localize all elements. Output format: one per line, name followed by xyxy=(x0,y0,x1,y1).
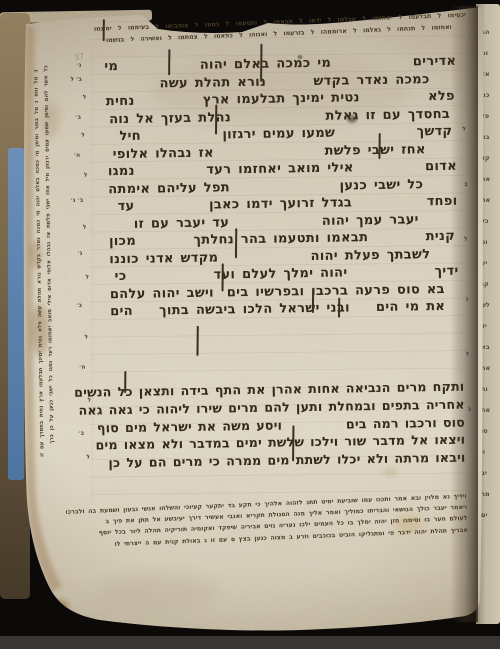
masorah-parva-note: ל xyxy=(462,127,465,133)
masorah-parva-note: ג׳ xyxy=(77,251,82,257)
verse-segment: מי כמכה באלם יהוה xyxy=(200,55,332,75)
masorah-parva-note: ג xyxy=(466,297,469,303)
manuscript-photo: הבומאדכמפלבחקדאחאהכלופיעקנלשידבאאתותאחסו… xyxy=(0,0,500,649)
masorah-parva-note: ל xyxy=(86,455,89,461)
verse-segment: ובני ישראל הלכו ביבשה בתוך xyxy=(159,299,350,319)
masorah-parva-note: ל xyxy=(81,133,84,139)
verse-segment: יעבר עמך יהוה xyxy=(322,211,419,230)
masorah-parva-note: ב׳ ג׳ xyxy=(70,198,83,204)
masorah-parva-note: ל xyxy=(86,275,89,281)
ink-stroke xyxy=(168,49,170,75)
masorah-parva-note: ל xyxy=(83,225,86,231)
verse-segment: מקדש אדני כוננו xyxy=(109,249,218,268)
ink-stroke xyxy=(196,326,198,356)
masorah-parva-note: ה׳ xyxy=(79,365,85,371)
verse-segment: עד יעבר עם זו xyxy=(134,214,230,233)
verse-segment: נורא תהלת עשה xyxy=(159,73,266,92)
verse-segment: כמכה נאדר בקדש xyxy=(313,71,429,90)
masorah-parva-note: ל xyxy=(83,95,86,101)
verse-segment: כי xyxy=(114,268,126,286)
verse-segment: פלא xyxy=(428,88,455,106)
masorah-parva-note: ב׳ xyxy=(78,431,84,437)
ink-stroke xyxy=(215,105,217,135)
verse-segment: יהוה ימלך לעלם ועד xyxy=(213,264,347,284)
verse-segment: את מי הים xyxy=(376,298,445,317)
verse-segment: חיל xyxy=(119,128,141,146)
verse-segment: ידיך xyxy=(434,263,458,281)
masorah-parva-note: ב xyxy=(468,407,472,413)
verse-segment: נמגו xyxy=(108,163,135,181)
masorah-parva-note: ב׳ xyxy=(76,303,82,309)
masorah-parva-note: ב xyxy=(464,182,468,188)
masorah-parva-note: ל xyxy=(466,352,469,358)
verse-segment: וישב יהוה עלהם xyxy=(110,284,214,303)
verse-segment: בחסדך עם זו גאלת xyxy=(325,105,450,124)
left-margin-masorah-line2: כל אשר להם וסימן שמעו עמים ירגזון חיל אח… xyxy=(43,65,55,473)
bottom-masorah-block: וידיך נא מלוין ובא אמר ותכנו עמו שוביעת … xyxy=(63,491,468,552)
verse-segment: עד xyxy=(117,198,134,216)
ink-stroke xyxy=(312,289,314,313)
page-text-layer: יכסימו ל תבלעמו ל יאחזמו ל אכלמו ל ידמו … xyxy=(0,0,500,649)
ink-stroke xyxy=(235,228,237,258)
verse-segment: קנית xyxy=(426,228,456,246)
ink-stroke xyxy=(124,371,126,393)
verse-segment: הים xyxy=(110,303,133,321)
verse-segment: מי xyxy=(104,58,118,76)
verse-segment: תפל עליהם אימתה xyxy=(108,179,230,198)
ink-stroke xyxy=(221,263,223,291)
verse-segment: קדשך xyxy=(416,123,452,141)
prose-text: ותקח מרים הנביאה אחות אהרן את התף בידה ו… xyxy=(96,378,465,473)
verse-segment: אז נבהלו אלופי xyxy=(113,144,214,163)
masorah-parva-note: ג׳ xyxy=(76,63,81,69)
masorah-parva-note: ל xyxy=(85,335,88,341)
masorah-parva-note: ב׳ xyxy=(75,115,81,121)
verse-segment: סוס ורכבו רמה בים xyxy=(346,413,465,433)
masorah-parva-note: ה׳ xyxy=(74,153,80,159)
masorah-parva-note: ל xyxy=(464,237,467,243)
verse-segment: אילי מואב יאחזמו רעד xyxy=(206,159,354,179)
masorah-parva-note: ב׳ ל xyxy=(70,77,81,83)
verse-segment: לשבתך פעלת יהוה xyxy=(310,246,430,265)
verse-segment: כל ישבי כנען xyxy=(339,176,423,195)
verse-segment: נחית xyxy=(106,93,135,111)
verse-segment: ופחד xyxy=(427,193,458,211)
verse-segment: אחז ישבי פלשת xyxy=(324,141,425,160)
verse-segment: נהלת בעזך אל נוה xyxy=(109,109,231,128)
ink-stroke xyxy=(338,298,340,318)
verse-segment: בגדל זרועך ידמו כאבן xyxy=(209,194,352,214)
verse-segment: אדירים xyxy=(413,53,457,71)
masorah-parva-note: ל xyxy=(84,173,87,179)
verse-segment: אדום xyxy=(425,158,457,176)
song-of-the-sea-text: אדיריםמי כמכה באלם יהוהמיכמכה נאדר בקדשנ… xyxy=(93,53,463,321)
ink-stroke xyxy=(378,133,380,159)
verse-segment: שמעו עמים ירגזון xyxy=(222,125,335,144)
ink-stroke xyxy=(103,19,105,41)
folio-number: 37 xyxy=(73,52,85,63)
verse-segment: מכון xyxy=(109,233,136,251)
